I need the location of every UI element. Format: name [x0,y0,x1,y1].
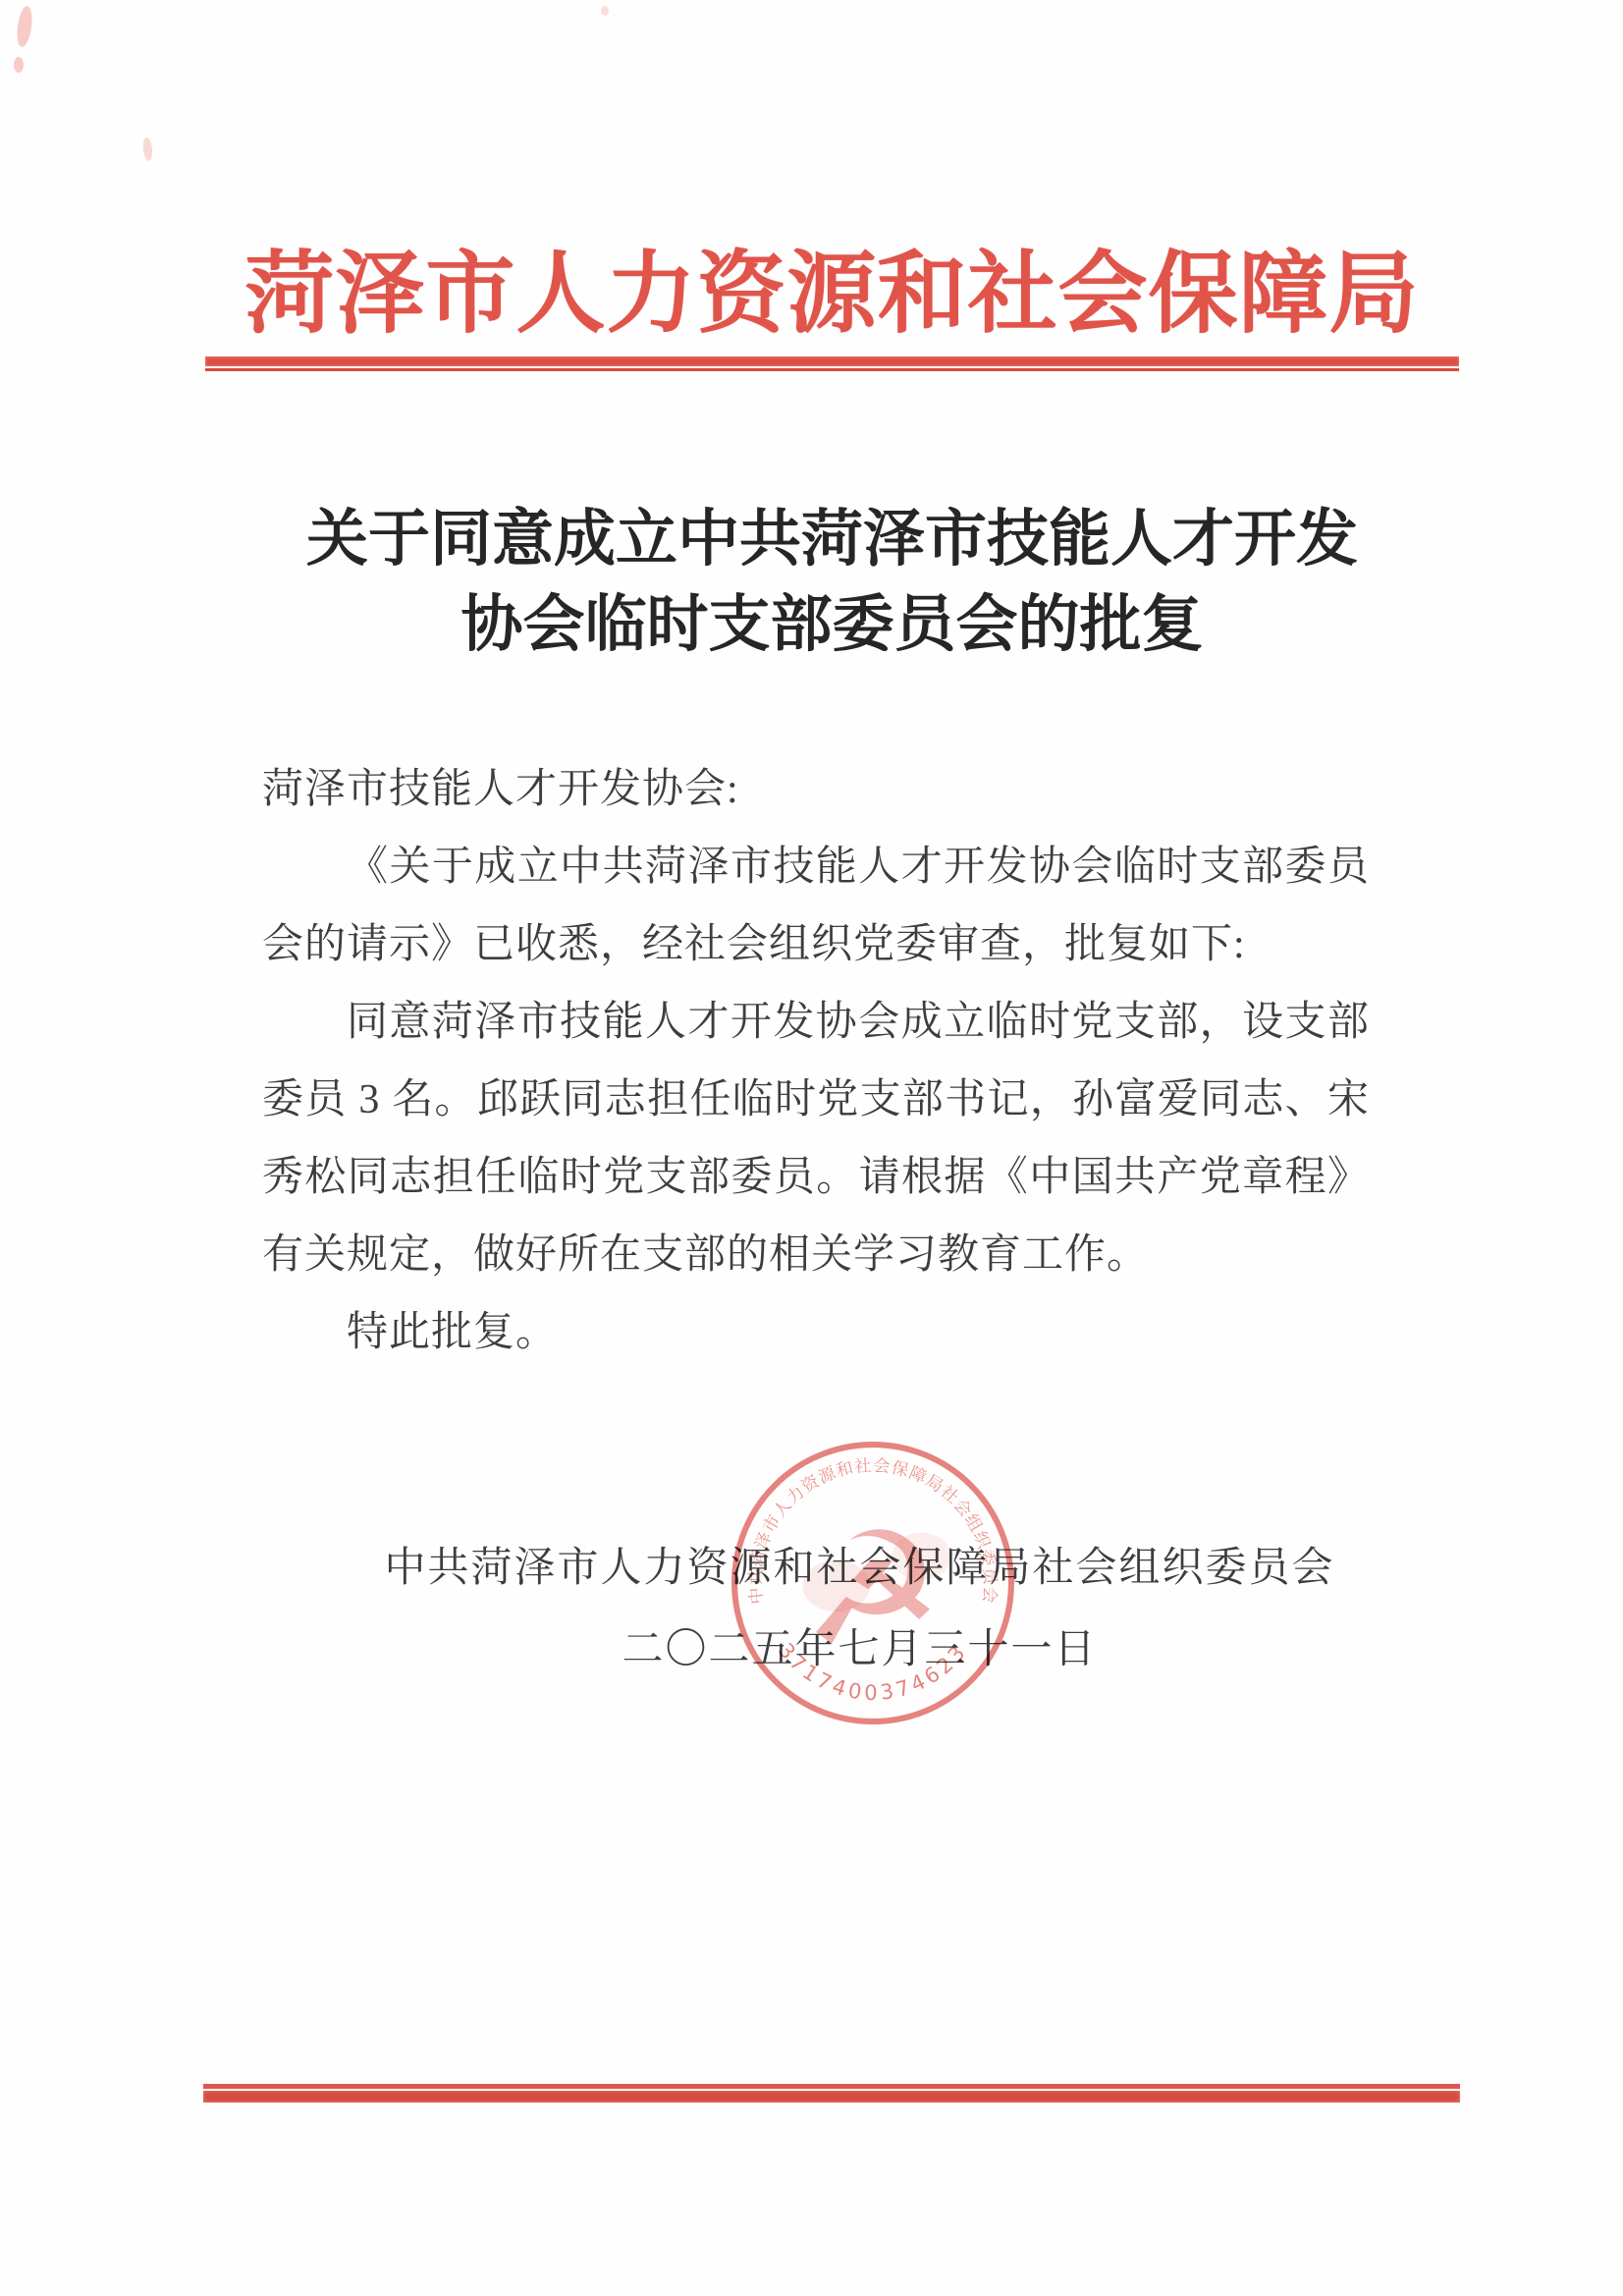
divider-thick-bar [203,2091,1460,2103]
document-page: 菏泽市人力资源和社会保障局 关于同意成立中共菏泽市技能人才开发 协会临时支部委员… [0,0,1623,2296]
divider-thin-bar [205,368,1459,371]
letterhead-title: 菏泽市人力资源和社会保障局 [205,246,1459,344]
body-line: 委员 3 名。邱跃同志担任临时党支部书记，孙富爱同志、宋 [262,1062,1370,1139]
signature-block: 中共菏泽市人力资源和社会保障局社会组织委员会 二〇二五年七月三十一日 [233,1528,1487,1691]
body-line: 《关于成立中共菏泽市技能人才开发协会临时支部委员 [262,829,1370,906]
document-body: 菏泽市技能人才开发协会: 《关于成立中共菏泽市技能人才开发协会临时支部委员 会的… [262,751,1370,1372]
scan-artifact [142,137,153,162]
document-title-line1: 关于同意成立中共菏泽市技能人才开发 [205,497,1459,582]
divider-thick-bar [205,356,1459,366]
scan-artifact [15,5,34,48]
closing-line: 特此批复。 [262,1294,1370,1372]
document-title-line2: 协会临时支部委员会的批复 [205,582,1459,668]
salutation-line: 菏泽市技能人才开发协会: [262,751,1370,829]
body-line: 有关规定，做好所在支部的相关学习教育工作。 [262,1217,1370,1294]
letterhead-divider [205,356,1459,371]
document-content: 菏泽市人力资源和社会保障局 关于同意成立中共菏泽市技能人才开发 协会临时支部委员… [205,0,1459,2296]
signature-date: 二〇二五年七月三十一日 [233,1610,1487,1691]
body-line: 会的请示》已收悉，经社会组织党委审查，批复如下: [262,906,1370,984]
signature-org: 中共菏泽市人力资源和社会保障局社会组织委员会 [233,1528,1487,1610]
footer-divider [203,2084,1460,2103]
document-title: 关于同意成立中共菏泽市技能人才开发 协会临时支部委员会的批复 [205,497,1459,668]
scan-artifact [14,57,24,73]
body-line: 同意菏泽市技能人才开发协会成立临时党支部，设支部 [262,984,1370,1062]
body-line: 秀松同志担任临时党支部委员。请根据《中国共产党章程》 [262,1139,1370,1217]
